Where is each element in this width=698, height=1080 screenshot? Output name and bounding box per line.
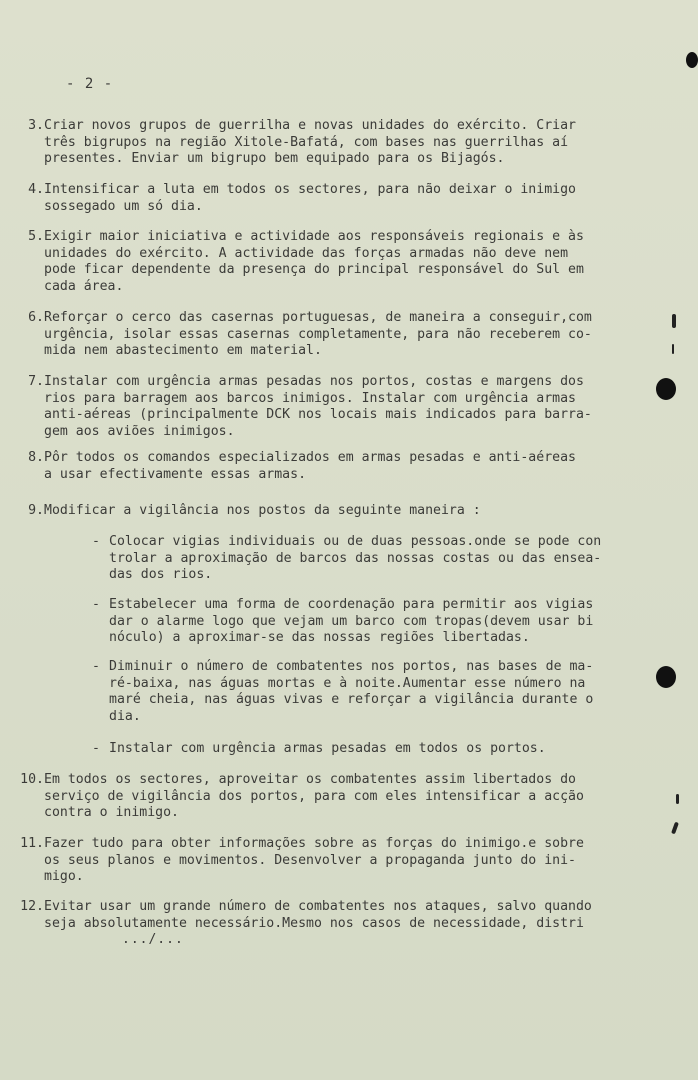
item-text: Modificar a vigilância nos postos da seg… [44, 503, 638, 520]
document-page: - 2 - 3. Criar novos grupos de guerrilha… [0, 0, 698, 1080]
list-item-4: 4. Intensificar a luta em todos os secto… [18, 182, 638, 215]
dash-bullet: - [92, 534, 100, 551]
item-number: 4. [18, 182, 44, 199]
list-item-5: 5. Exigir maior iniciativa e actividade … [18, 229, 638, 295]
list-item-10: 10. Em todos os sectores, aproveitar os … [18, 772, 638, 822]
item-text: Pôr todos os comandos especializados em … [44, 450, 638, 483]
item-number: 10. [18, 772, 44, 789]
list-item-3: 3. Criar novos grupos de guerrilha e nov… [18, 118, 638, 168]
edge-mark [672, 344, 674, 354]
list-item-11: 11. Fazer tudo para obter informações so… [18, 836, 638, 886]
item-text: Fazer tudo para obter informações sobre … [44, 836, 638, 886]
list-item-9: 9. Modificar a vigilância nos postos da … [18, 503, 638, 520]
edge-mark [672, 314, 676, 328]
item-text: Evitar usar um grande número de combaten… [44, 899, 638, 932]
sub-item-3: - Diminuir o número de combatentes nos p… [92, 659, 652, 725]
dash-bullet: - [92, 741, 100, 758]
item-number: 5. [18, 229, 44, 246]
item-text: Em todos os sectores, aproveitar os comb… [44, 772, 638, 822]
punch-hole-top [686, 52, 698, 68]
edge-mark [676, 794, 679, 804]
sub-item-text: Colocar vigias individuais ou de duas pe… [109, 534, 652, 584]
list-item-8: 8. Pôr todos os comandos especializados … [18, 450, 638, 483]
dash-bullet: - [92, 597, 100, 614]
item-number: 7. [18, 374, 44, 391]
sub-item-text: Diminuir o número de combatentes nos por… [109, 659, 652, 725]
continuation-mark: .../... [122, 932, 184, 947]
item-text: Reforçar o cerco das casernas portuguesa… [44, 310, 638, 360]
dash-bullet: - [92, 659, 100, 676]
item-number: 9. [18, 503, 44, 520]
item-number: 6. [18, 310, 44, 327]
punch-hole-upper [656, 378, 676, 400]
item-text: Instalar com urgência armas pesadas nos … [44, 374, 638, 440]
list-item-6: 6. Reforçar o cerco das casernas portugu… [18, 310, 638, 360]
item-number: 8. [18, 450, 44, 467]
edge-mark [671, 822, 679, 835]
list-item-7: 7. Instalar com urgência armas pesadas n… [18, 374, 638, 440]
sub-item-4: - Instalar com urgência armas pesadas em… [92, 741, 652, 758]
sub-item-1: - Colocar vigias individuais ou de duas … [92, 534, 652, 584]
sub-item-text: Estabelecer uma forma de coordenação par… [109, 597, 652, 647]
sub-item-2: - Estabelecer uma forma de coordenação p… [92, 597, 652, 647]
page-number: - 2 - [66, 76, 113, 92]
list-item-12: 12. Evitar usar um grande número de comb… [18, 899, 638, 932]
item-number: 12. [18, 899, 44, 916]
item-number: 3. [18, 118, 44, 135]
item-number: 11. [18, 836, 44, 853]
item-text: Intensificar a luta em todos os sectores… [44, 182, 638, 215]
sub-item-text: Instalar com urgência armas pesadas em t… [109, 741, 652, 758]
item-text: Exigir maior iniciativa e actividade aos… [44, 229, 638, 295]
item-text: Criar novos grupos de guerrilha e novas … [44, 118, 638, 168]
punch-hole-lower [656, 666, 676, 688]
